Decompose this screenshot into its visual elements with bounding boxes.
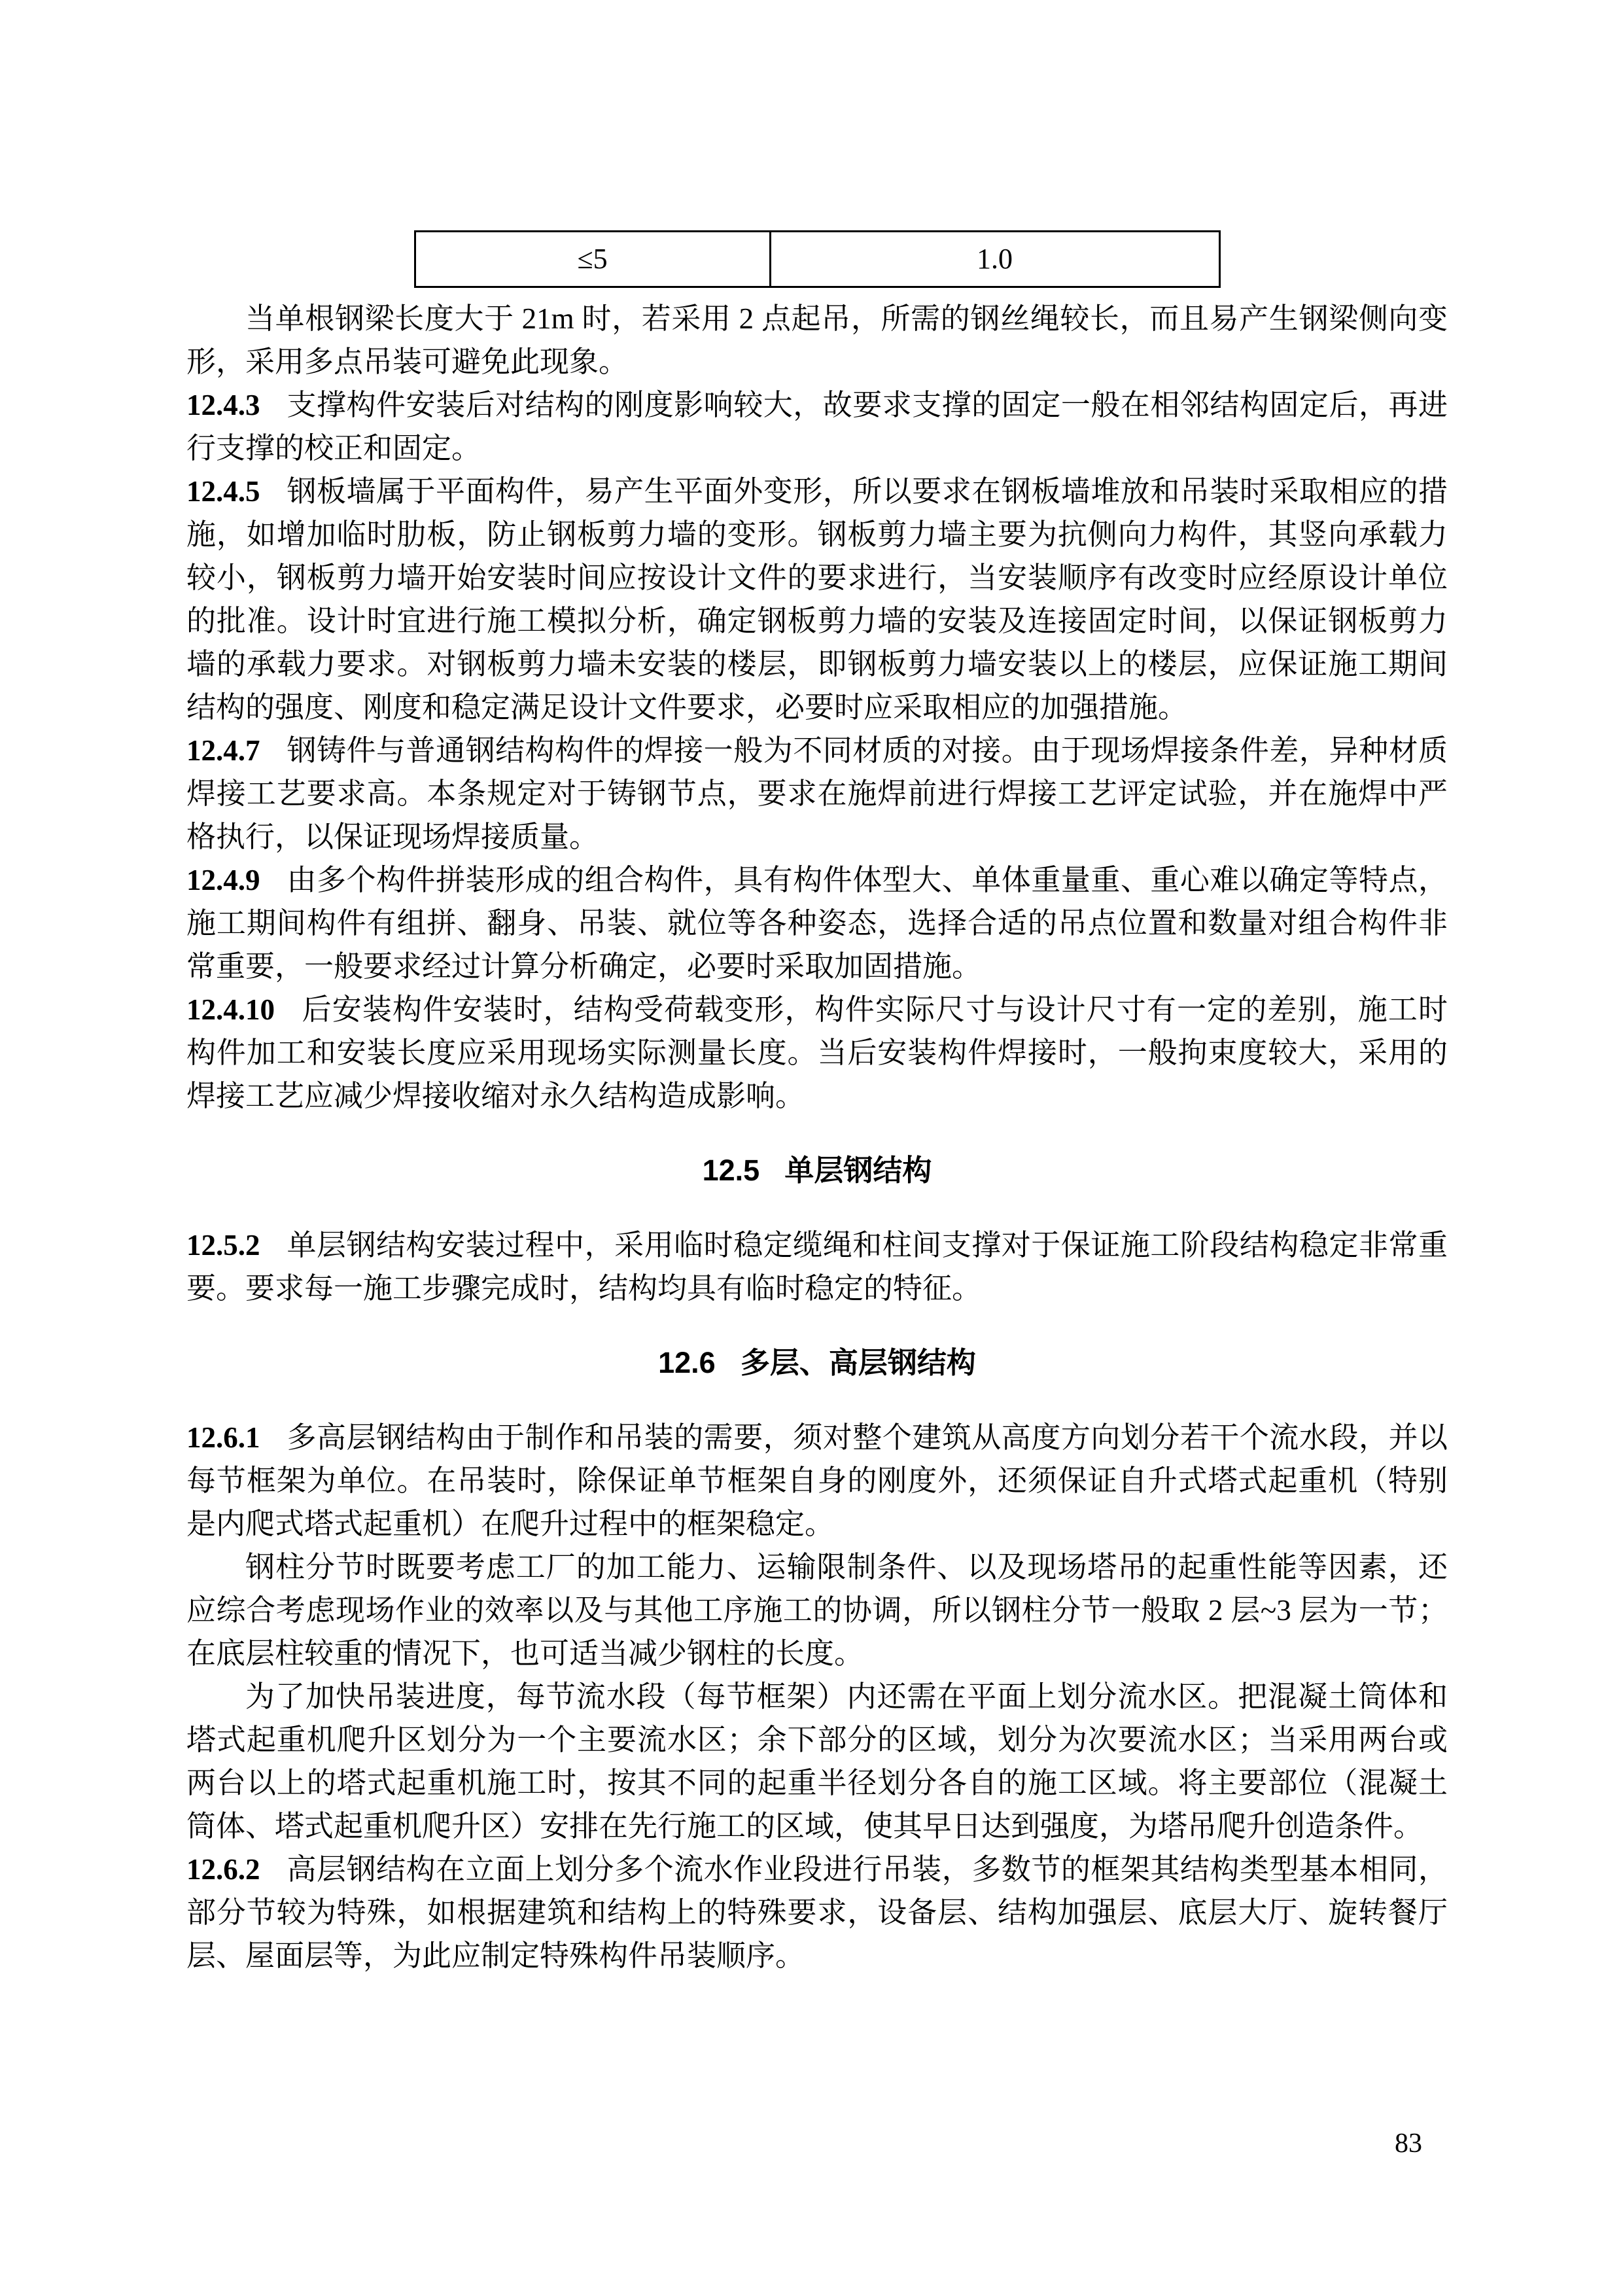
body-paragraph: 钢柱分节时既要考虑工厂的加工能力、运输限制条件、以及现场塔吊的起重性能等因素，还… bbox=[186, 1545, 1448, 1675]
clause-number: 12.5.2 bbox=[186, 1229, 260, 1262]
clause-text: 多高层钢结构由于制作和吊装的需要，须对整个建筑从高度方向划分若干个流水段，并以每… bbox=[186, 1421, 1448, 1540]
clause-number: 12.6.2 bbox=[186, 1853, 260, 1886]
table-cell-condition: ≤5 bbox=[415, 232, 770, 287]
clause-paragraph: 12.6.2高层钢结构在立面上划分多个流水作业段进行吊装，多数节的框架其结构类型… bbox=[186, 1848, 1448, 1977]
clause-paragraph: 12.4.10后安装构件安装时，结构受荷载变形，构件实际尺寸与设计尺寸有一定的差… bbox=[186, 988, 1448, 1118]
clause-text: 单层钢结构安装过程中，采用临时稳定缆绳和柱间支撑对于保证施工阶段结构稳定非常重要… bbox=[186, 1229, 1448, 1305]
clause-paragraph: 12.6.1多高层钢结构由于制作和吊装的需要，须对整个建筑从高度方向划分若干个流… bbox=[186, 1416, 1448, 1545]
clause-number: 12.4.9 bbox=[186, 864, 260, 896]
clause-text: 钢板墙属于平面构件，易产生平面外变形，所以要求在钢板墙堆放和吊装时采取相应的措施… bbox=[186, 475, 1448, 724]
clause-number: 12.4.10 bbox=[186, 993, 275, 1026]
section-heading: 12.6多层、高层钢结构 bbox=[186, 1341, 1448, 1385]
paragraph-text: 钢柱分节时既要考虑工厂的加工能力、运输限制条件、以及现场塔吊的起重性能等因素，还… bbox=[186, 1551, 1448, 1670]
table-row: ≤5 1.0 bbox=[415, 232, 1219, 287]
section-number: 12.6 bbox=[658, 1346, 716, 1379]
section-title: 单层钢结构 bbox=[784, 1154, 932, 1187]
clause-paragraph: 12.4.7钢铸件与普通钢结构构件的焊接一般为不同材质的对接。由于现场焊接条件差… bbox=[186, 729, 1448, 858]
section-title: 多层、高层钢结构 bbox=[741, 1346, 976, 1379]
clause-number: 12.4.7 bbox=[186, 734, 260, 767]
clause-paragraph: 12.5.2单层钢结构安装过程中，采用临时稳定缆绳和柱间支撑对于保证施工阶段结构… bbox=[186, 1224, 1448, 1310]
clause-paragraph: 12.4.5钢板墙属于平面构件，易产生平面外变形，所以要求在钢板墙堆放和吊装时采… bbox=[186, 470, 1448, 729]
table-cell-value: 1.0 bbox=[770, 232, 1219, 287]
clause-paragraph: 12.4.3支撑构件安装后对结构的刚度影响较大，故要求支撑的固定一般在相邻结构固… bbox=[186, 383, 1448, 470]
paragraph-text: 为了加快吊装进度，每节流水段（每节框架）内还需在平面上划分流水区。把混凝土筒体和… bbox=[186, 1680, 1448, 1843]
clause-text: 高层钢结构在立面上划分多个流水作业段进行吊装，多数节的框架其结构类型基本相同，部… bbox=[186, 1853, 1448, 1972]
clause-text: 后安装构件安装时，结构受荷载变形，构件实际尺寸与设计尺寸有一定的差别，施工时构件… bbox=[186, 993, 1448, 1112]
clause-number: 12.6.1 bbox=[186, 1421, 260, 1454]
clause-paragraph: 12.4.9由多个构件拼装形成的组合构件，具有构件体型大、单体重量重、重心难以确… bbox=[186, 858, 1448, 988]
section-number: 12.5 bbox=[703, 1154, 760, 1187]
page-number: 83 bbox=[1395, 2128, 1422, 2159]
clause-number: 12.4.3 bbox=[186, 389, 260, 421]
clause-text: 支撑构件安装后对结构的刚度影响较大，故要求支撑的固定一般在相邻结构固定后，再进行… bbox=[186, 389, 1448, 465]
section-heading: 12.5单层钢结构 bbox=[186, 1149, 1448, 1192]
body-paragraph: 为了加快吊装进度，每节流水段（每节框架）内还需在平面上划分流水区。把混凝土筒体和… bbox=[186, 1675, 1448, 1848]
paragraph-text: 当单根钢梁长度大于 21m 时，若采用 2 点起吊，所需的钢丝绳较长，而且易产生… bbox=[186, 302, 1448, 378]
page-content: ≤5 1.0 当单根钢梁长度大于 21m 时，若采用 2 点起吊，所需的钢丝绳较… bbox=[186, 230, 1448, 1977]
clause-text: 由多个构件拼装形成的组合构件，具有构件体型大、单体重量重、重心难以确定等特点，施… bbox=[186, 864, 1448, 983]
document-page: ≤5 1.0 当单根钢梁长度大于 21m 时，若采用 2 点起吊，所需的钢丝绳较… bbox=[0, 0, 1623, 2296]
body-paragraph: 当单根钢梁长度大于 21m 时，若采用 2 点起吊，所需的钢丝绳较长，而且易产生… bbox=[186, 297, 1448, 383]
clause-number: 12.4.5 bbox=[186, 475, 260, 508]
clause-text: 钢铸件与普通钢结构构件的焊接一般为不同材质的对接。由于现场焊接条件差，异种材质焊… bbox=[186, 734, 1448, 853]
table-fragment: ≤5 1.0 bbox=[414, 230, 1221, 288]
